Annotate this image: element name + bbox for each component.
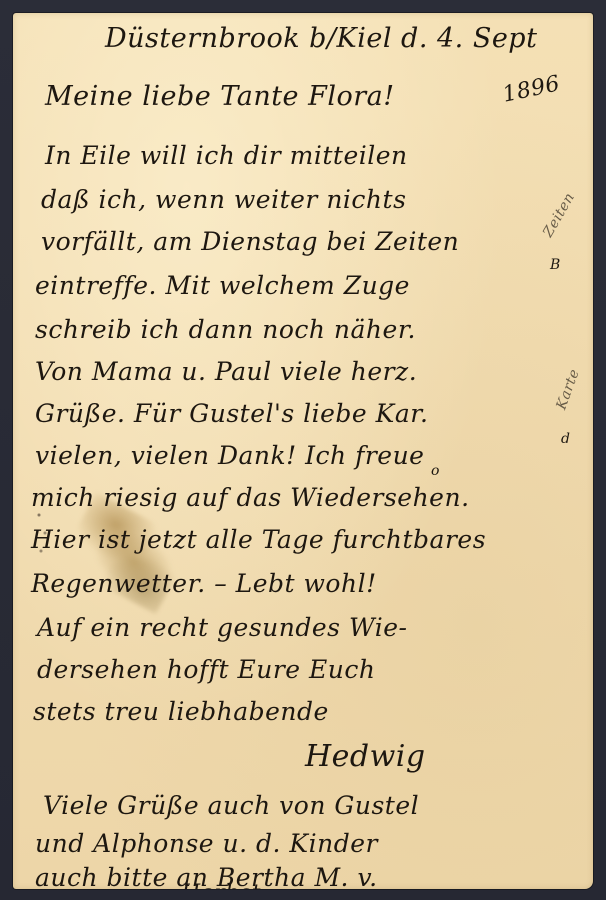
body-line-14: stets treu liebhabende: [33, 697, 329, 726]
place-date-line: Düsternbrook b/Kiel d. 4. Sept: [105, 23, 537, 54]
body-line-13: dersehen hofft Eure Euch: [37, 655, 375, 684]
body-line-4: eintreffe. Mit welchem Zuge: [35, 271, 410, 300]
signature: Hedwig: [305, 739, 426, 774]
body-line-1: In Eile will ich dir mitteilen: [45, 141, 408, 170]
salutation: Meine liebe Tante Flora!: [45, 81, 395, 112]
body-line-3: vorfällt, am Dienstag bei Zeiten: [41, 227, 459, 256]
body-line-9: mich riesig auf das Wiedersehen.: [31, 483, 470, 512]
postcard: Düsternbrook b/Kiel d. 4. Sept 1896 Mein…: [13, 13, 593, 889]
body-line-12: Auf ein recht gesundes Wie-: [37, 613, 407, 642]
body-line-8: vielen, vielen Dank! Ich freue: [35, 441, 424, 470]
body-line-11: Regenwetter. – Lebt wohl!: [31, 569, 377, 598]
margin-note-b: B: [550, 257, 561, 273]
postscript-line-2: und Alphonse u. d. Kinder: [35, 829, 378, 858]
postscript-line-1: Viele Grüße auch von Gustel: [43, 791, 419, 820]
margin-note-o: o: [431, 463, 440, 479]
body-line-10: Hier ist jetzt alle Tage furchtbares: [31, 525, 486, 554]
margin-note-zeiten: Zeiten: [540, 190, 578, 240]
body-line-5: schreib ich dann noch näher.: [35, 315, 416, 344]
year: 1896: [500, 71, 562, 108]
body-line-7: Grüße. Für Gustel's liebe Kar.: [35, 399, 428, 428]
postscript-line-4: Herbst.: [181, 881, 268, 889]
margin-note-karte: Karte: [553, 367, 582, 412]
body-line-6: Von Mama u. Paul viele herz.: [35, 357, 417, 386]
margin-note-d: d: [561, 431, 570, 447]
body-line-2: daß ich, wenn weiter nichts: [41, 185, 406, 214]
